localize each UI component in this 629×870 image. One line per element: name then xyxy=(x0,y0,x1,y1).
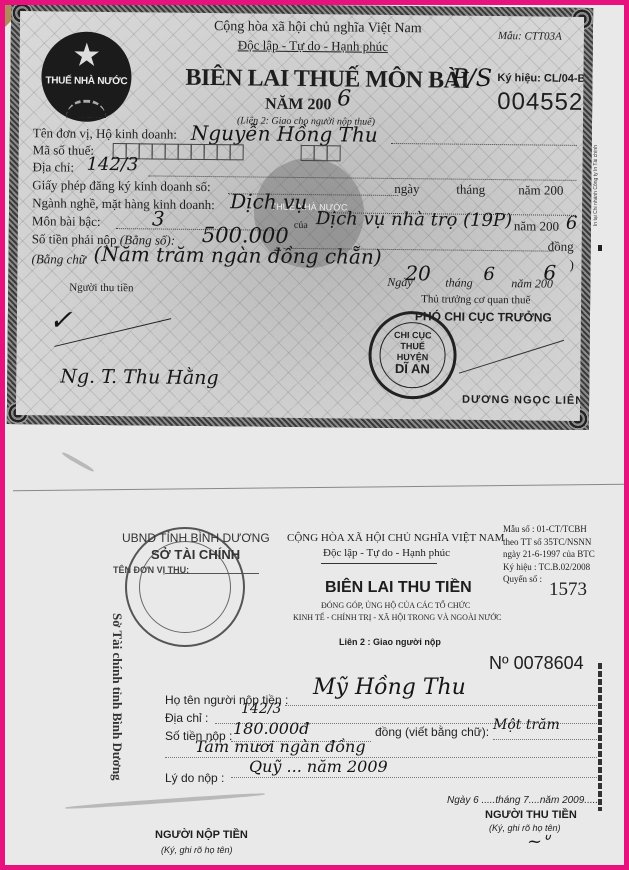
agency-head-name: DƯƠNG NGỌC LIÊN xyxy=(462,394,584,407)
address-value: 142/3 xyxy=(86,154,138,176)
tax-code-label: Mã số thuế: xyxy=(33,142,95,159)
document-photo: ★ THUẾ NHÀ NƯỚC THUẾ NHÀ NƯỚC Cộng hòa x… xyxy=(5,5,624,865)
payer-value: Mỹ Hồng Thu xyxy=(313,675,466,700)
grade-label: Môn bài bậc: xyxy=(32,213,101,230)
dotted-line xyxy=(493,739,597,740)
tax-license-receipt: ★ THUẾ NHÀ NƯỚC THUẾ NHÀ NƯỚC Cộng hòa x… xyxy=(7,5,593,430)
trade-value: Dịch vụ xyxy=(230,189,307,214)
stamp-line: THUẾ xyxy=(372,341,454,353)
book-number: 1573 xyxy=(549,579,587,601)
national-motto: Độc lập - Tự do - Hạnh phúc xyxy=(238,37,388,55)
reason-label: Lý do nộp : xyxy=(165,771,224,785)
period-year-value: 6 xyxy=(566,213,578,234)
issuer-line-2: SỞ TÀI CHÍNH xyxy=(151,547,240,562)
business-name-value: Nguyễn Hồng Thu xyxy=(191,121,378,147)
form-code: Mẫu: CTT03A xyxy=(498,30,562,43)
form-info: Mẫu số : 01-CT/TCBH theo TT số 35TC/NSNN… xyxy=(503,523,595,586)
license-year-label: năm 200 xyxy=(518,182,563,198)
dotted-line xyxy=(285,705,597,706)
department-seal-stamp xyxy=(125,527,245,647)
form-info-line: theo TT số 35TC/NSNN xyxy=(503,536,595,549)
period-value: Dịch vụ nhà trọ (19P) xyxy=(316,208,512,231)
amount-value: 180.000đ xyxy=(233,719,309,738)
agency-head-label: Thủ trưởng cơ quan thuế xyxy=(421,293,530,306)
period-year-label: năm 200 xyxy=(514,218,559,234)
head-signature-stroke xyxy=(459,340,564,374)
serial-number: 0045521 xyxy=(497,88,584,117)
form-info-line: ngày 21-6-1997 của BTC xyxy=(503,548,595,561)
amount-unit: đồng xyxy=(548,239,574,255)
grade-value: 3 xyxy=(152,206,165,230)
license-label: Giấy phép đăng ký kinh doanh số: xyxy=(32,177,211,195)
side-print-mark xyxy=(598,245,602,251)
receipt-title: BIÊN LAI THUẾ MÔN BÀI xyxy=(185,65,469,95)
subtitle-line-2: KINH TẾ - CHÍNH TRỊ - XÃ HỘI TRONG VÀ NG… xyxy=(293,613,502,622)
form-info-line: Ký hiệu : TC.B.02/2008 xyxy=(503,561,595,574)
side-print-text: In tại Chi nhánh Công ty In Tài chính xyxy=(593,145,599,226)
national-header: Cộng hòa xã hội chủ nghĩa Việt Nam xyxy=(214,19,422,37)
symbol-code: Ký hiệu: CL/04-B xyxy=(497,72,584,85)
of-label: của xyxy=(294,220,308,231)
perforation-marks xyxy=(598,663,602,811)
amount-words-value: (Năm trăm ngàn đồng chẵn) xyxy=(93,242,381,269)
number-prefix: Nº xyxy=(489,653,509,673)
receipt-title: BIÊN LAI THU TIỀN xyxy=(325,579,472,597)
day-value: 20 xyxy=(405,261,431,285)
amount-words-label: (Bằng chữ xyxy=(31,251,86,268)
star-icon: ★ xyxy=(69,38,103,72)
reason-value: Quỹ ... năm 2009 xyxy=(249,757,388,776)
emblem-label: THUẾ NHÀ NƯỚC xyxy=(41,75,131,87)
tax-emblem: ★ THUẾ NHÀ NƯỚC xyxy=(41,31,132,122)
copy-note: Liên 2 : Giao người nộp xyxy=(339,637,441,647)
year-label: NĂM 200 xyxy=(265,96,331,115)
dotted-line xyxy=(391,143,577,146)
stamp-line: CHI CỤC xyxy=(372,330,454,342)
address-value: 142/3 xyxy=(241,701,281,717)
receipt-number: Nº 0078604 xyxy=(489,653,584,674)
motto-underline xyxy=(321,563,437,564)
amount-words-value-2: Tám mươi ngàn đồng xyxy=(195,737,366,756)
trade-label: Ngành nghề, mặt hàng kinh doanh: xyxy=(32,195,215,213)
collector-label: Người thu tiền xyxy=(69,282,133,295)
dotted-line xyxy=(148,175,576,180)
collection-date: Ngày 6 .....tháng 7....năm 2009..... xyxy=(447,795,598,806)
national-header: CỘNG HÒA XÃ HỘI CHỦ NGHĨA VIỆT NAM xyxy=(287,532,504,544)
national-motto: Độc lập - Tự do - Hạnh phúc xyxy=(323,547,450,559)
collector-label: NGƯỜI THU TIỀN xyxy=(485,809,577,821)
collector-note: (Ký, ghi rõ họ tên) xyxy=(489,823,561,833)
smudge-mark xyxy=(65,792,265,810)
form-info-line: Mẫu số : 01-CT/TCBH xyxy=(503,523,595,536)
payment-receipt: UBND TỈNH BÌNH DƯƠNG SỞ TÀI CHÍNH TÊN ĐƠ… xyxy=(5,465,624,865)
amount-words-value: Một trăm xyxy=(493,717,560,733)
dotted-line xyxy=(231,777,597,778)
license-day-label: ngày xyxy=(394,181,419,197)
month-label: tháng xyxy=(445,276,472,291)
number-value: 0078604 xyxy=(514,653,584,673)
address-label: Địa chỉ: xyxy=(32,159,74,175)
stamp-line: DĨ AN xyxy=(371,363,453,375)
collector-signature-name: Ng. T. Thu Hằng xyxy=(60,365,219,389)
collector-initial-signature: ✓ xyxy=(49,303,73,336)
issuer-line-1: UBND TỈNH BÌNH DƯƠNG xyxy=(122,531,270,545)
official-seal-stamp: CHI CỤC THUẾ HUYỆN DĨ AN xyxy=(368,311,457,400)
side-label: Sở Tài chính tỉnh Bình Dương xyxy=(105,613,125,813)
receipt-body: ★ THUẾ NHÀ NƯỚC THUẾ NHÀ NƯỚC Cộng hòa x… xyxy=(16,11,584,421)
month-value: 6 xyxy=(483,264,495,285)
title-handwritten-suffix: P/S xyxy=(451,64,492,92)
unit-underline xyxy=(165,573,259,574)
business-name-label: Tên đơn vị, Hộ kinh doanh: xyxy=(33,125,177,143)
license-month-label: tháng xyxy=(456,182,485,198)
amount-words-label: đồng (viết bằng chữ): xyxy=(375,725,489,739)
amount-words-close: ) xyxy=(569,257,574,273)
payer-sign-label: NGƯỜI NỘP TIỀN xyxy=(155,829,248,841)
address-label: Địa chỉ : xyxy=(165,711,208,725)
year-handwritten: 6 xyxy=(337,86,351,111)
year-value: 6 xyxy=(543,261,556,285)
collector-signature: ~ᐡ xyxy=(527,831,549,852)
subtitle-line-1: ĐÓNG GÓP, ỦNG HỘ CỦA CÁC TỔ CHỨC xyxy=(321,601,470,610)
payer-sign-note: (Ký, ghi rõ họ tên) xyxy=(161,845,233,855)
